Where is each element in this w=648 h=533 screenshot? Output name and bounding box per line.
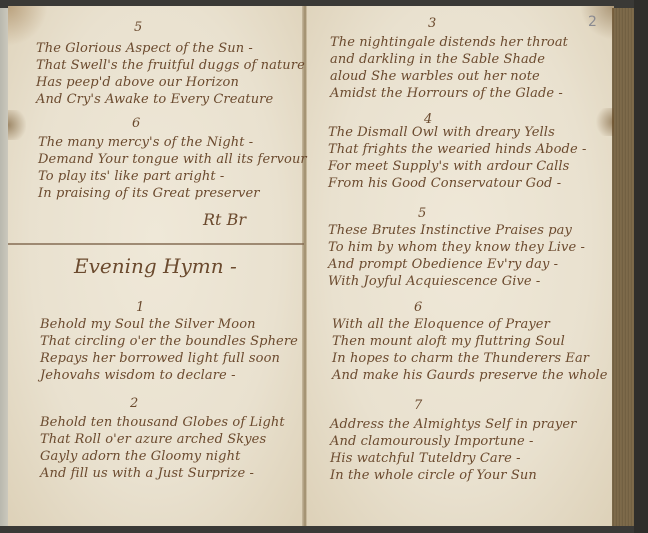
verse-line: And Cry's Awake to Every Creature <box>36 91 305 108</box>
verse-number: 6 <box>414 300 422 315</box>
verse-line: With Joyful Acquiescence Give - <box>328 273 585 290</box>
verse-line: These Brutes Instinctive Praises pay <box>328 222 585 239</box>
verse-line: For meet Supply's with ardour Calls <box>328 158 586 175</box>
verse-number: 2 <box>130 396 138 411</box>
verse-line: Behold ten thousand Globes of Light <box>40 414 285 431</box>
verse-line: Gayly adorn the Gloomy night <box>40 448 285 465</box>
verse-line: Address the Almightys Self in prayer <box>330 416 576 433</box>
verse-line: and darkling in the Sable Shade <box>330 51 568 68</box>
stanza-left-5: The Glorious Aspect of the Sun - That Sw… <box>36 40 305 108</box>
verse-line: aloud She warbles out her note <box>330 68 568 85</box>
verse-line: That Roll o'er azure arched Skyes <box>40 431 285 448</box>
section-title: Evening Hymn - <box>74 254 237 278</box>
stanza-right-3: The nightingale distends her throat and … <box>330 34 568 102</box>
stanza-right-6: With all the Eloquence of Prayer Then mo… <box>332 316 608 384</box>
verse-line: In praising of its Great preserver <box>38 185 307 202</box>
verse-line: Repays her borrowed light full soon <box>40 350 298 367</box>
stanza-right-4: The Dismall Owl with dreary Yells That f… <box>328 124 586 192</box>
verse-line: From his Good Conservatour God - <box>328 175 586 192</box>
verse-line: The many mercy's of the Night - <box>38 134 307 151</box>
verse-number: 3 <box>428 16 436 31</box>
verse-line: Behold my Soul the Silver Moon <box>40 316 298 333</box>
stanza-left-6: The many mercy's of the Night - Demand Y… <box>38 134 307 202</box>
verse-line: The nightingale distends her throat <box>330 34 568 51</box>
verse-line: To play its' like part aright - <box>38 168 307 185</box>
verse-line: That frights the wearied hinds Abode - <box>328 141 586 158</box>
verse-line: And clamourously Importune - <box>330 433 576 450</box>
foxing-stain <box>580 6 614 40</box>
stanza-right-5: These Brutes Instinctive Praises pay To … <box>328 222 585 290</box>
verse-line: The Dismall Owl with dreary Yells <box>328 124 586 141</box>
verse-line: To him by whom they know they Live - <box>328 239 585 256</box>
verse-line: Demand Your tongue with all its fervour <box>38 151 307 168</box>
verse-line: Has peep'd above our Horizon <box>36 74 305 91</box>
verse-number: 5 <box>134 20 142 35</box>
verse-line: In the whole circle of Your Sun <box>330 467 576 484</box>
verse-line: Amidst the Horrours of the Glade - <box>330 85 568 102</box>
verse-line: Jehovahs wisdom to declare - <box>40 367 298 384</box>
page-block-fore-edge <box>612 8 634 526</box>
section-divider-line <box>8 243 304 245</box>
stanza-hymn-1: Behold my Soul the Silver Moon That circ… <box>40 316 298 384</box>
stanza-hymn-2: Behold ten thousand Globes of Light That… <box>40 414 285 482</box>
author-initials: Rt Br <box>203 210 246 229</box>
verse-number: 7 <box>414 398 422 413</box>
book-cover-edge <box>634 0 648 533</box>
verse-line: And fill us with a Just Surprize - <box>40 465 285 482</box>
verse-number: 1 <box>136 300 144 315</box>
verse-line: And make his Gaurds preserve the whole <box>332 367 608 384</box>
stanza-right-7: Address the Almightys Self in prayer And… <box>330 416 576 484</box>
verse-line: Then mount aloft my fluttring Soul <box>332 333 608 350</box>
verse-line: In hopes to charm the Thunderers Ear <box>332 350 608 367</box>
verse-line: That circling o'er the boundles Sphere <box>40 333 298 350</box>
verse-line: His watchful Tuteldry Care - <box>330 450 576 467</box>
verse-line: The Glorious Aspect of the Sun - <box>36 40 305 57</box>
page-number: 2 <box>588 14 597 30</box>
verse-number: 5 <box>418 206 426 221</box>
foxing-stain <box>8 110 26 140</box>
verse-line: And prompt Obedience Ev'ry day - <box>328 256 585 273</box>
open-book: 5 The Glorious Aspect of the Sun - That … <box>0 0 648 533</box>
foxing-stain <box>596 108 614 136</box>
verse-line: That Swell's the fruitful duggs of natur… <box>36 57 305 74</box>
verse-line: With all the Eloquence of Prayer <box>332 316 608 333</box>
verse-number: 6 <box>132 116 140 131</box>
